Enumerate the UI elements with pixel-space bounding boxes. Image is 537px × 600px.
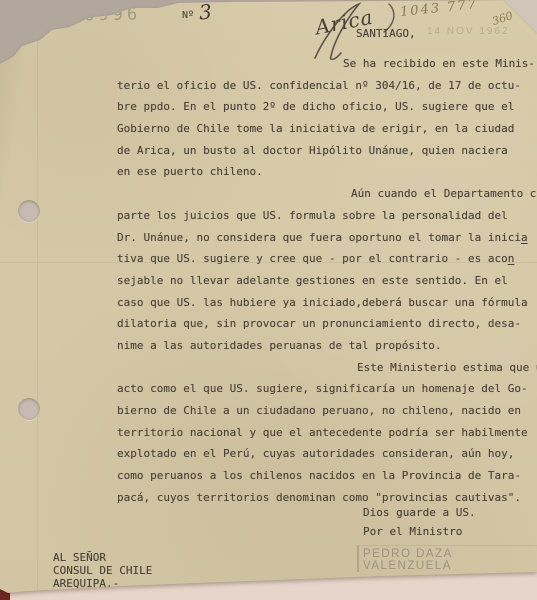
numbering-stamp: 00996 xyxy=(70,4,142,25)
punch-hole-bottom xyxy=(18,398,40,420)
body-line: parte los juicios que US. formula sobre … xyxy=(117,205,531,227)
closing-byline: Por el Ministro xyxy=(363,523,476,542)
body-line: dilatoria que, sin provocar un pronuncia… xyxy=(117,313,531,335)
body-line: tiva que US. sugiere y cree que - por el… xyxy=(117,248,531,270)
body-line: nime a las autoridades peruanas de tal p… xyxy=(117,335,531,357)
body-line: en ese puerto chileno. xyxy=(117,161,531,183)
body-line: bre ppdo. En el punto 2º de dicho oficio… xyxy=(117,96,531,118)
body-line: territorio nacional y que el antecedente… xyxy=(117,422,531,444)
closing-salutation: Dios guarde a US. xyxy=(363,504,476,523)
punch-hole-top xyxy=(18,200,40,222)
paper-wrap: 00996 Nº 3 1043 777 360 Arica SANTIAGO, … xyxy=(0,0,537,600)
body-line: acto como el que US. sugiere, significar… xyxy=(117,378,531,400)
body-line: de Arica, un busto al doctor Hipólito Un… xyxy=(117,140,531,162)
body-line: explotado en el Perú, cuyas autoridades … xyxy=(117,443,531,465)
scanned-letter-page: { "document": { "header": { "stamp_numbe… xyxy=(0,0,537,600)
body-line: bierno de Chile a un ciudadano peruano, … xyxy=(117,400,531,422)
letter-paper: 00996 Nº 3 1043 777 360 Arica SANTIAGO, … xyxy=(0,0,537,600)
document-number-handwritten: 3 xyxy=(198,0,213,25)
body-line: sejable no llevar adelante gestiones en … xyxy=(117,270,531,292)
document-number-label: Nº xyxy=(182,10,194,21)
body-line: caso que US. las hubiere ya iniciado,deb… xyxy=(117,292,531,314)
body-line: terio el oficio de US. confidencial nº 3… xyxy=(117,75,531,97)
body-line: Gobierno de Chile tome la iniciativa de … xyxy=(117,118,531,140)
letter-body: Se ha recibido en este Minis-terio el of… xyxy=(117,53,531,508)
recipient-line: AL SEÑOR xyxy=(53,551,152,564)
faded-date-stamp: 14 NOV 1962 xyxy=(427,26,510,37)
body-line: Se ha recibido en este Minis- xyxy=(117,53,531,75)
body-line: Dr. Unánue, no considera que fuera oport… xyxy=(117,227,531,249)
signature-name-stamp: PEDRO DAZA VALENZUELA xyxy=(357,545,537,572)
recipient-address-block: AL SEÑORCONSUL DE CHILEAREQUIPA.- xyxy=(53,551,152,590)
body-line: como peruanos a los chilenos nacidos en … xyxy=(117,465,531,487)
body-line: Este Ministerio estima que un xyxy=(117,357,531,379)
body-line: Aún cuando el Departamento com- xyxy=(117,183,531,205)
letter-closing: Dios guarde a US. Por el Ministro xyxy=(363,504,476,541)
recipient-line: CONSUL DE CHILE xyxy=(53,564,152,577)
vertical-crease xyxy=(37,42,39,590)
recipient-line: AREQUIPA.- xyxy=(53,577,152,590)
city-dateline: SANTIAGO, xyxy=(356,27,416,40)
